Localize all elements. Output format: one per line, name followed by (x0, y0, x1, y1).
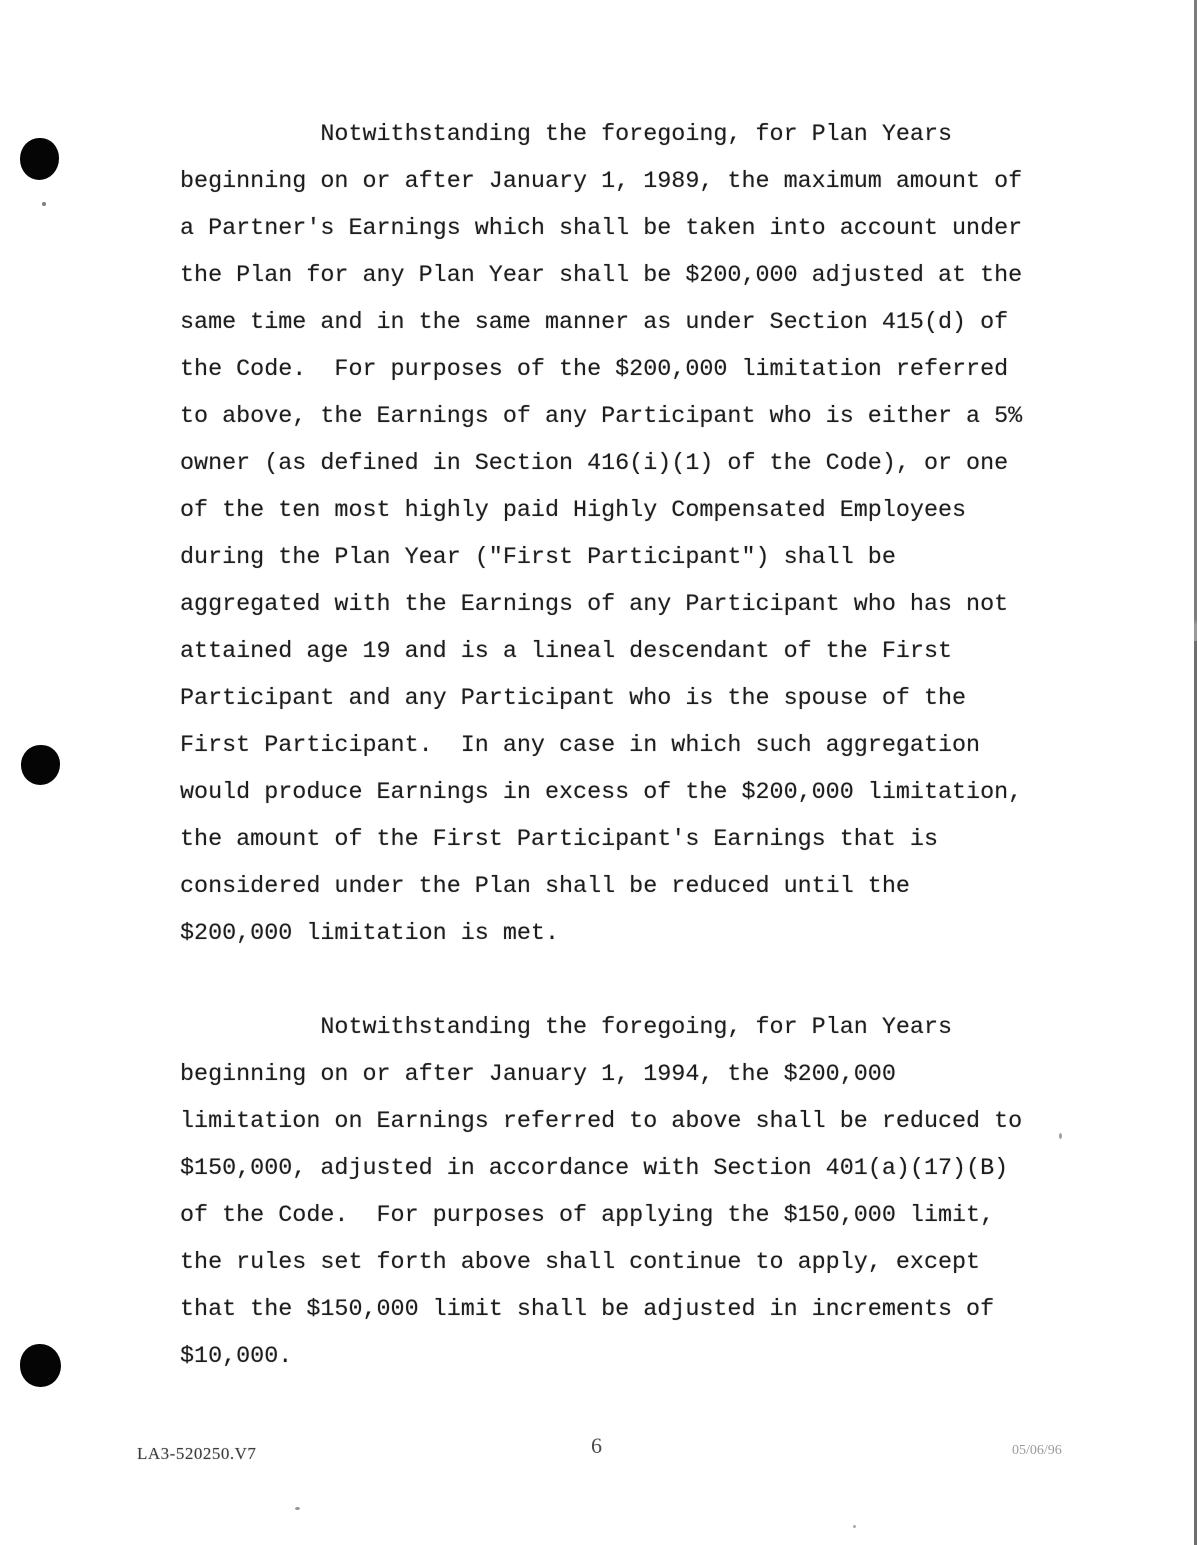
text-line: the Plan for any Plan Year shall be $200… (180, 253, 1060, 300)
text-line: of the ten most highly paid Highly Compe… (180, 488, 1060, 535)
text-line: considered under the Plan shall be reduc… (180, 864, 1060, 911)
text-line: Notwithstanding the foregoing, for Plan … (180, 1005, 1060, 1052)
text-line: a Partner's Earnings which shall be take… (180, 206, 1060, 253)
scanned-page: Notwithstanding the foregoing, for Plan … (0, 0, 1198, 1545)
text-line: the amount of the First Participant's Ea… (180, 817, 1060, 864)
text-line: $200,000 limitation is met. (180, 911, 1060, 958)
text-line: beginning on or after January 1, 1989, t… (180, 159, 1060, 206)
text-line: during the Plan Year ("First Participant… (180, 535, 1060, 582)
hole-punch-bottom (20, 1344, 61, 1387)
text-line: aggregated with the Earnings of any Part… (180, 582, 1060, 629)
page-number: 6 (591, 1433, 602, 1459)
hole-punch-top (20, 138, 59, 180)
text-line: First Participant. In any case in which … (180, 723, 1060, 770)
text-line: of the Code. For purposes of applying th… (180, 1193, 1060, 1240)
text-line: would produce Earnings in excess of the … (180, 770, 1060, 817)
scan-speck (853, 1525, 856, 1528)
scan-speck (42, 202, 46, 206)
text-line: Notwithstanding the foregoing, for Plan … (180, 112, 1060, 159)
document-body: Notwithstanding the foregoing, for Plan … (180, 112, 1060, 1428)
text-line: $150,000, adjusted in accordance with Se… (180, 1146, 1060, 1193)
hole-punch-middle (21, 745, 60, 785)
text-line: the rules set forth above shall continue… (180, 1240, 1060, 1287)
paragraph: Notwithstanding the foregoing, for Plan … (180, 1005, 1060, 1381)
text-line: to above, the Earnings of any Participan… (180, 394, 1060, 441)
scan-edge-line (1194, 0, 1197, 1545)
scan-speck (295, 1507, 300, 1510)
text-line: owner (as defined in Section 416(i)(1) o… (180, 441, 1060, 488)
text-line: same time and in the same manner as unde… (180, 300, 1060, 347)
date-stamp: 05/06/96 (1012, 1443, 1062, 1459)
paragraph: Notwithstanding the foregoing, for Plan … (180, 112, 1060, 958)
text-line: the Code. For purposes of the $200,000 l… (180, 347, 1060, 394)
text-line: Participant and any Participant who is t… (180, 676, 1060, 723)
text-line: $10,000. (180, 1334, 1060, 1381)
text-line: limitation on Earnings referred to above… (180, 1099, 1060, 1146)
document-id: LA3-520250.V7 (137, 1444, 256, 1464)
text-line: beginning on or after January 1, 1994, t… (180, 1052, 1060, 1099)
text-line: attained age 19 and is a lineal descenda… (180, 629, 1060, 676)
text-line: that the $150,000 limit shall be adjuste… (180, 1287, 1060, 1334)
scan-speck (1059, 1133, 1062, 1139)
